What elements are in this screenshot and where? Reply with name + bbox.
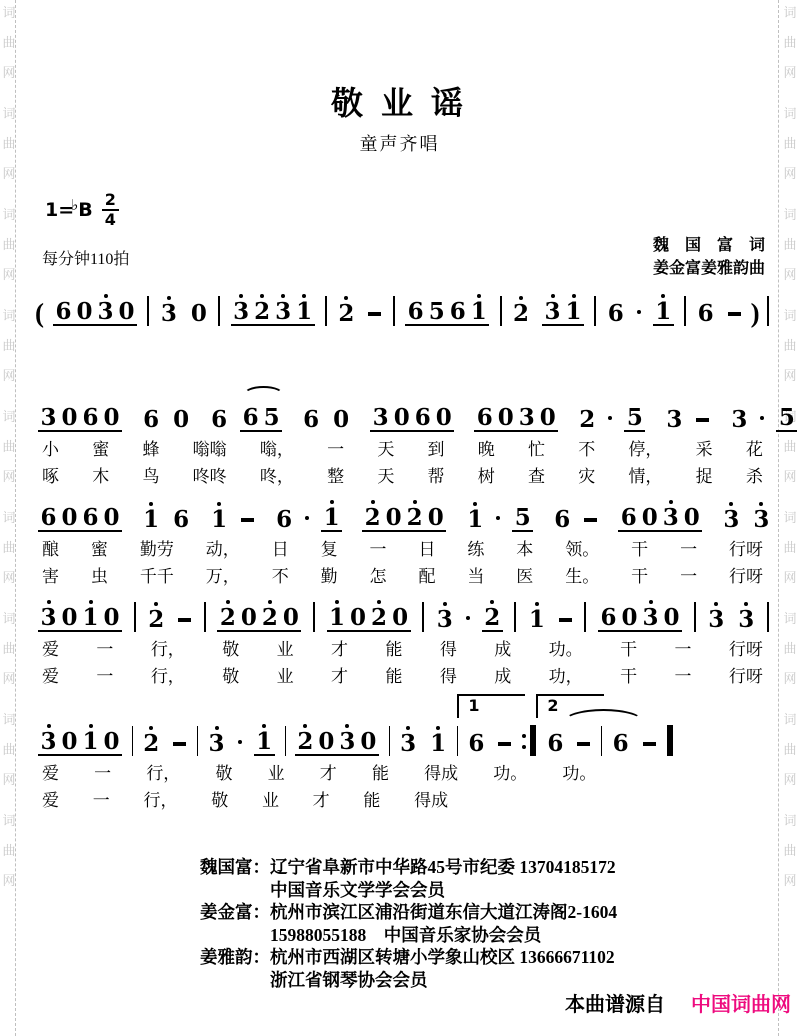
beam-group: 2 [482,598,503,632]
source-prefix: 本曲谱源自 [565,988,665,1017]
lyric-syllable: 敬 [215,765,232,783]
note-digit: 1 [430,730,446,757]
note-digit: 3 [731,406,747,433]
measure: 3010 [32,722,128,756]
note-digit: 0 [622,604,638,631]
note: 1 [655,292,671,324]
note: 6 [613,724,629,756]
watermark-char: 曲 [782,844,798,857]
lyric-syllable: 万， [206,568,240,586]
beam-group: 3231 [231,292,315,326]
note: 6 [477,398,493,430]
note-digit: 0 [191,300,207,327]
watermark-group: 词曲网 [1,6,17,79]
lyric-syllable: 嗡， [260,441,294,459]
barline [218,296,220,326]
lyric-syllable: 配 [418,568,435,586]
note: 3 [41,598,57,630]
beam-group: 2030 [295,722,379,756]
watermark-group: 词曲网 [1,612,17,685]
watermark-char: 网 [782,672,798,685]
lyric-syllable: 整 [327,468,344,486]
augmentation-dot [305,516,309,520]
note-digit: 1 [655,298,671,325]
note: 2 [220,598,236,630]
lyric-syllable: 不 [578,441,595,459]
measure-row: 6060161612020156603033 [32,498,773,532]
repeat-barline [522,725,536,756]
measure: 3060 [364,398,460,432]
lyric-syllable: 功。 [549,641,583,659]
note-digit: 0 [77,298,93,325]
note-digit: 1 [467,506,483,533]
lyric-syllable: 成 [494,668,511,686]
lyric-syllable: 蜂 [142,441,159,459]
note: 2 [579,400,595,432]
note-digit: 3 [753,506,769,533]
contact-address: 杭州市滨江区浦沿街道东信大道江涛阁2-1604 [270,902,617,922]
lyric-syllable: 医 [516,568,533,586]
measure: 31 [393,724,453,756]
augmentation-dot [466,616,470,620]
octave-dot [226,600,230,604]
duration-dash [241,518,254,522]
key-prefix: 1= [45,199,74,221]
watermark-char: 网 [1,571,17,584]
beam-group: 6030 [598,598,682,632]
lyric-syllable: 一 [94,765,111,783]
note-digit: 3 [41,728,57,755]
note: 6 [243,398,259,430]
note: 6 [601,598,617,630]
duration-dash [173,742,186,746]
note: 0 [498,398,514,430]
lyric-syllable: 一 [96,668,113,686]
watermark-char: 网 [1,167,17,180]
lyric-syllable: 爱 [42,641,59,659]
note: 6 [276,500,292,532]
note-digit: 1 [211,506,227,533]
measure: 6030 [592,598,688,632]
note: 5 [515,498,531,530]
note: 2 [371,598,387,630]
note-digit: 3 [708,606,724,633]
composer-credit: 姜金富姜雅韵曲 [653,257,765,280]
lyric-syllable: 鸟 [142,468,159,486]
octave-dot [89,724,93,728]
lyric-syllable: 能 [385,668,402,686]
lyric-syllable: 能 [372,765,389,783]
sheet-music-page: 词曲网词曲网词曲网词曲网词曲网词曲网词曲网词曲网词曲网 词曲网词曲网词曲网词曲网… [0,0,799,1036]
measure: (6030 [32,292,143,326]
watermark-char: 曲 [782,339,798,352]
note-digit: 6 [83,504,99,531]
lyric-syllable: 业 [277,641,294,659]
note-digit: 2 [148,606,164,633]
octave-dot [167,296,171,300]
lyric-syllable: 小 [42,441,59,459]
augmentation-dot [496,516,500,520]
watermark-char: 网 [782,571,798,584]
note-digit: 6 [468,730,484,757]
lyric-syllable: 爱 [42,792,59,810]
note: 2 [484,598,500,630]
watermark-char: 曲 [782,642,798,655]
lyric-syllable: 业 [277,668,294,686]
watermark-group: 词曲网 [1,814,17,887]
score-line: 306060665603060603025335小蜜蜂嗡嗡嗡，一天到晚忙不停，采… [32,398,773,486]
meter-denominator: 4 [102,211,119,228]
note: 0 [62,498,78,530]
note-digit: 1 [471,298,487,325]
credits: 魏 国 富 词 姜金富姜雅韵曲 [653,234,765,280]
beam-group: 3060 [38,398,122,432]
note-digit: 3 [98,298,114,325]
note: 0 [104,598,120,630]
barline [325,296,327,326]
octave-dot [89,600,93,604]
volta-number: 2 [538,696,558,716]
note-digit: 6 [601,604,617,631]
lyric-syllable: 咚， [260,468,294,486]
note: 0 [436,398,452,430]
note-digit: 3 [400,730,416,757]
note-digit: 0 [392,604,408,631]
note: 0 [664,598,680,630]
contact-address: 辽宁省阜新市中华路45号市纪委 13704185172 [270,857,616,877]
measure: 32 [430,598,509,632]
note: 5 [264,398,280,430]
beam-group: 1 [254,722,275,756]
note: 0 [77,292,93,324]
octave-dot [215,726,219,730]
measure: 1 [204,500,261,532]
barline [767,296,769,326]
open-paren: ( [35,300,44,327]
note: 0 [360,722,376,754]
note-digit: 6 [173,506,189,533]
augmentation-dot [760,416,764,420]
note: 1 [467,500,483,532]
note: 6 [621,498,637,530]
note: 2 [338,294,354,326]
note-digit: 0 [333,406,349,433]
watermark-char: 曲 [1,440,17,453]
note: 6 [547,724,563,756]
measure: 33 [701,600,761,632]
measure: 60 [136,400,196,432]
note: 5 [779,398,795,430]
note: 3 [663,498,679,530]
lyric-syllable: 花 [746,441,763,459]
measure: 33 [716,500,776,532]
note-digit: 0 [62,604,78,631]
beam-group: 6561 [405,292,489,326]
note-digit: 6 [211,406,227,433]
note-digit: 2 [484,604,500,631]
note-digit: 3 [373,404,389,431]
lyric-syllable: 晚 [478,441,495,459]
score: (603030323126561231616)30606066560306060… [32,292,773,832]
lyric-syllable: 啄 [42,468,59,486]
note-digit: 0 [241,604,257,631]
lyric-syllable: 天 [377,468,394,486]
note: 3 [723,500,739,532]
measure: 6030 [612,498,708,532]
note: 0 [428,498,444,530]
watermark-char: 曲 [1,541,17,554]
lyric-syllable: 动， [206,541,240,559]
beam-group: 6030 [53,292,137,326]
watermark-char: 曲 [782,440,798,453]
page-title: 敬 业 谣 [0,78,799,124]
flat-icon: ♭ [71,196,78,214]
lyric-syllable: 行呀 [729,568,763,586]
close-paren: ) [751,300,760,327]
note: 6 [554,500,570,532]
note-digit: 3 [339,728,355,755]
note: 2 [365,498,381,530]
measure: 6030 [468,398,564,432]
note: 3 [161,294,177,326]
lyric-syllable: 得 [440,668,457,686]
measure-row: 306060665603060603025335 [32,398,773,432]
lyric-syllable: 当 [467,568,484,586]
note-digit: 1 [324,504,340,531]
watermark-char: 词 [782,208,798,221]
note-digit: 6 [243,404,259,431]
note: 3 [519,398,535,430]
watermark-group: 词曲网 [782,814,798,887]
note: 3 [98,292,114,324]
measure: 26 [540,724,597,756]
note: 6 [415,398,431,430]
watermark-char: 网 [1,268,17,281]
duration-dash [643,742,656,746]
subtitle-performance-type: 童声齐唱 [0,130,799,156]
note-digit: 0 [173,406,189,433]
octave-dot [477,294,481,298]
lyricist-credit: 魏 国 富 词 [653,234,765,257]
contact-name: 姜雅韵： [200,947,270,967]
note: 0 [394,398,410,430]
octave-dot [47,724,51,728]
watermark-char: 网 [1,369,17,382]
watermark-char: 曲 [782,36,798,49]
note-digit: 3 [723,506,739,533]
lyrics-row: 爱一行，敬业才能得成功，干一行呀 [32,668,773,686]
lyric-syllable: 行， [151,641,185,659]
note: 3 [41,398,57,430]
octave-dot [649,600,653,604]
duration-dash [696,418,709,422]
note: 3 [400,724,416,756]
beam-group: 5 [776,398,797,432]
note-digit: 3 [666,406,682,433]
beam-group: 3060 [370,398,454,432]
measure: 15 [460,498,539,532]
lyric-syllable: 勤 [321,568,338,586]
measure: 16 [461,724,518,756]
lyric-syllable: 敬 [222,668,239,686]
note-digit: 0 [104,728,120,755]
lyrics-row: 小蜜蜂嗡嗡嗡，一天到晚忙不停，采花 [32,441,773,459]
note-digit: 0 [498,404,514,431]
lyric-syllable: 一 [93,792,110,810]
measure: 3060 [32,398,128,432]
lyric-syllable: 到 [428,441,445,459]
note: 3 [643,598,659,630]
beam-group: 1 [653,292,674,326]
lyric-syllable: 行， [146,765,180,783]
note-digit: 3 [738,606,754,633]
lyric-syllable: 一 [327,441,344,459]
measure: 25 [572,398,651,432]
note-digit: 1 [529,606,545,633]
duration-dash [577,742,590,746]
lyric-syllable: 才 [331,668,348,686]
octave-dot [371,500,375,504]
measure: 61 [601,292,680,326]
measure: 6) [691,294,763,326]
octave-dot [104,294,108,298]
note: 3 [209,724,225,756]
note: 6 [450,292,466,324]
watermark-char: 词 [1,410,17,423]
beam-group: 6060 [38,498,122,532]
note-digit: 6 [415,404,431,431]
measure-row: 301023120303116266 [32,722,677,756]
beam-group: 6030 [618,498,702,532]
lyric-syllable: 忙 [528,441,545,459]
beam-group: 2020 [217,598,301,632]
repeat-dots [522,727,526,749]
watermark-char: 词 [1,612,17,625]
note-digit: 6 [554,506,570,533]
lyric-syllable: 树 [478,468,495,486]
score-line: 6060161612020156603033酿蜜勤劳动，日复一日练本领。干一行呀… [32,498,773,586]
note: 3 [708,600,724,632]
note-digit: 2 [513,300,529,327]
lyrics-row: 害虫千千万，不勤怎配当医生。干一行呀 [32,568,773,586]
measure: 1020 [321,598,417,632]
note-digit: 3 [643,604,659,631]
lyric-syllable: 木 [92,468,109,486]
beam-group: 1020 [327,598,411,632]
note-digit: 5 [515,504,531,531]
measure: 1 [522,600,579,632]
augmentation-dot [608,416,612,420]
note-digit: 3 [233,298,249,325]
beam-group: 6030 [474,398,558,432]
note: 3 [753,500,769,532]
note: 6 [41,498,57,530]
note: 0 [642,498,658,530]
note: 0 [318,722,334,754]
score-line: (603030323126561231616) [32,292,773,326]
note: 0 [350,598,366,630]
lyrics-row: 爱一行，敬业才能得成 [32,792,448,810]
score-line: 301023120303116266爱一行，敬业才能得成功。功。爱一行，敬业才能… [32,722,677,810]
note: 2 [407,498,423,530]
lyric-syllable: 练 [467,541,484,559]
watermark-char: 网 [782,874,798,887]
brand-name: 中国词曲网 [691,988,791,1017]
lyric-syllable: 日 [418,541,435,559]
note-digit: 6 [608,300,624,327]
note: 1 [529,600,545,632]
note-digit: 1 [83,604,99,631]
final-barline [667,725,673,756]
note: 1 [211,500,227,532]
lyric-syllable: 能 [363,792,380,810]
watermark-group: 词曲网 [1,309,17,382]
barline [684,296,686,326]
note-digit: 2 [254,298,270,325]
note: 1 [329,598,345,630]
note: 3 [339,722,355,754]
watermark-char: 网 [1,672,17,685]
barline [694,602,696,632]
beam-group: 1 [321,498,342,532]
thick-bar [530,725,536,756]
key-letter: B [78,199,92,221]
watermark-char: 曲 [782,238,798,251]
note-digit: 1 [566,298,582,325]
note-digit: 0 [318,728,334,755]
measure: 3 [659,400,716,432]
lyric-syllable: 才 [313,792,330,810]
lyric-syllable: 才 [331,641,348,659]
watermark-char: 网 [782,773,798,786]
watermark-char: 网 [782,167,798,180]
duration-dash [368,312,381,316]
note: 5 [627,398,643,430]
lyric-syllable: 杀 [746,468,763,486]
watermark-group: 词曲网 [782,208,798,281]
note-digit: 6 [276,506,292,533]
watermark-char: 曲 [1,743,17,756]
lyric-syllable: 敬 [222,641,239,659]
barline [500,296,502,326]
note-digit: 6 [613,730,629,757]
note-digit: 3 [437,606,453,633]
note: 3 [275,292,291,324]
lyric-syllable: 得 [440,641,457,659]
note-digit: 2 [579,406,595,433]
contact-membership: 浙江省钢琴协会会员 [200,969,617,992]
note: 6 [408,292,424,324]
note-digit: 0 [104,604,120,631]
note-digit: 1 [296,298,312,325]
lyric-syllable: 业 [262,792,279,810]
lyric-syllable: 酿 [42,541,59,559]
lyric-syllable: 敬 [211,792,228,810]
watermark-char: 网 [782,268,798,281]
note-digit: 6 [303,406,319,433]
lyric-syllable: 捉 [696,468,713,486]
note: 0 [392,598,408,630]
measure: 35 [724,398,799,432]
note-digit: 2 [371,604,387,631]
note-digit: 2 [338,300,354,327]
note-digit: 0 [642,504,658,531]
watermark-group: 词曲网 [1,208,17,281]
watermark-char: 曲 [782,743,798,756]
meter-numerator: 2 [102,192,119,211]
volta-number: 1 [459,696,479,716]
note: 1 [471,292,487,324]
